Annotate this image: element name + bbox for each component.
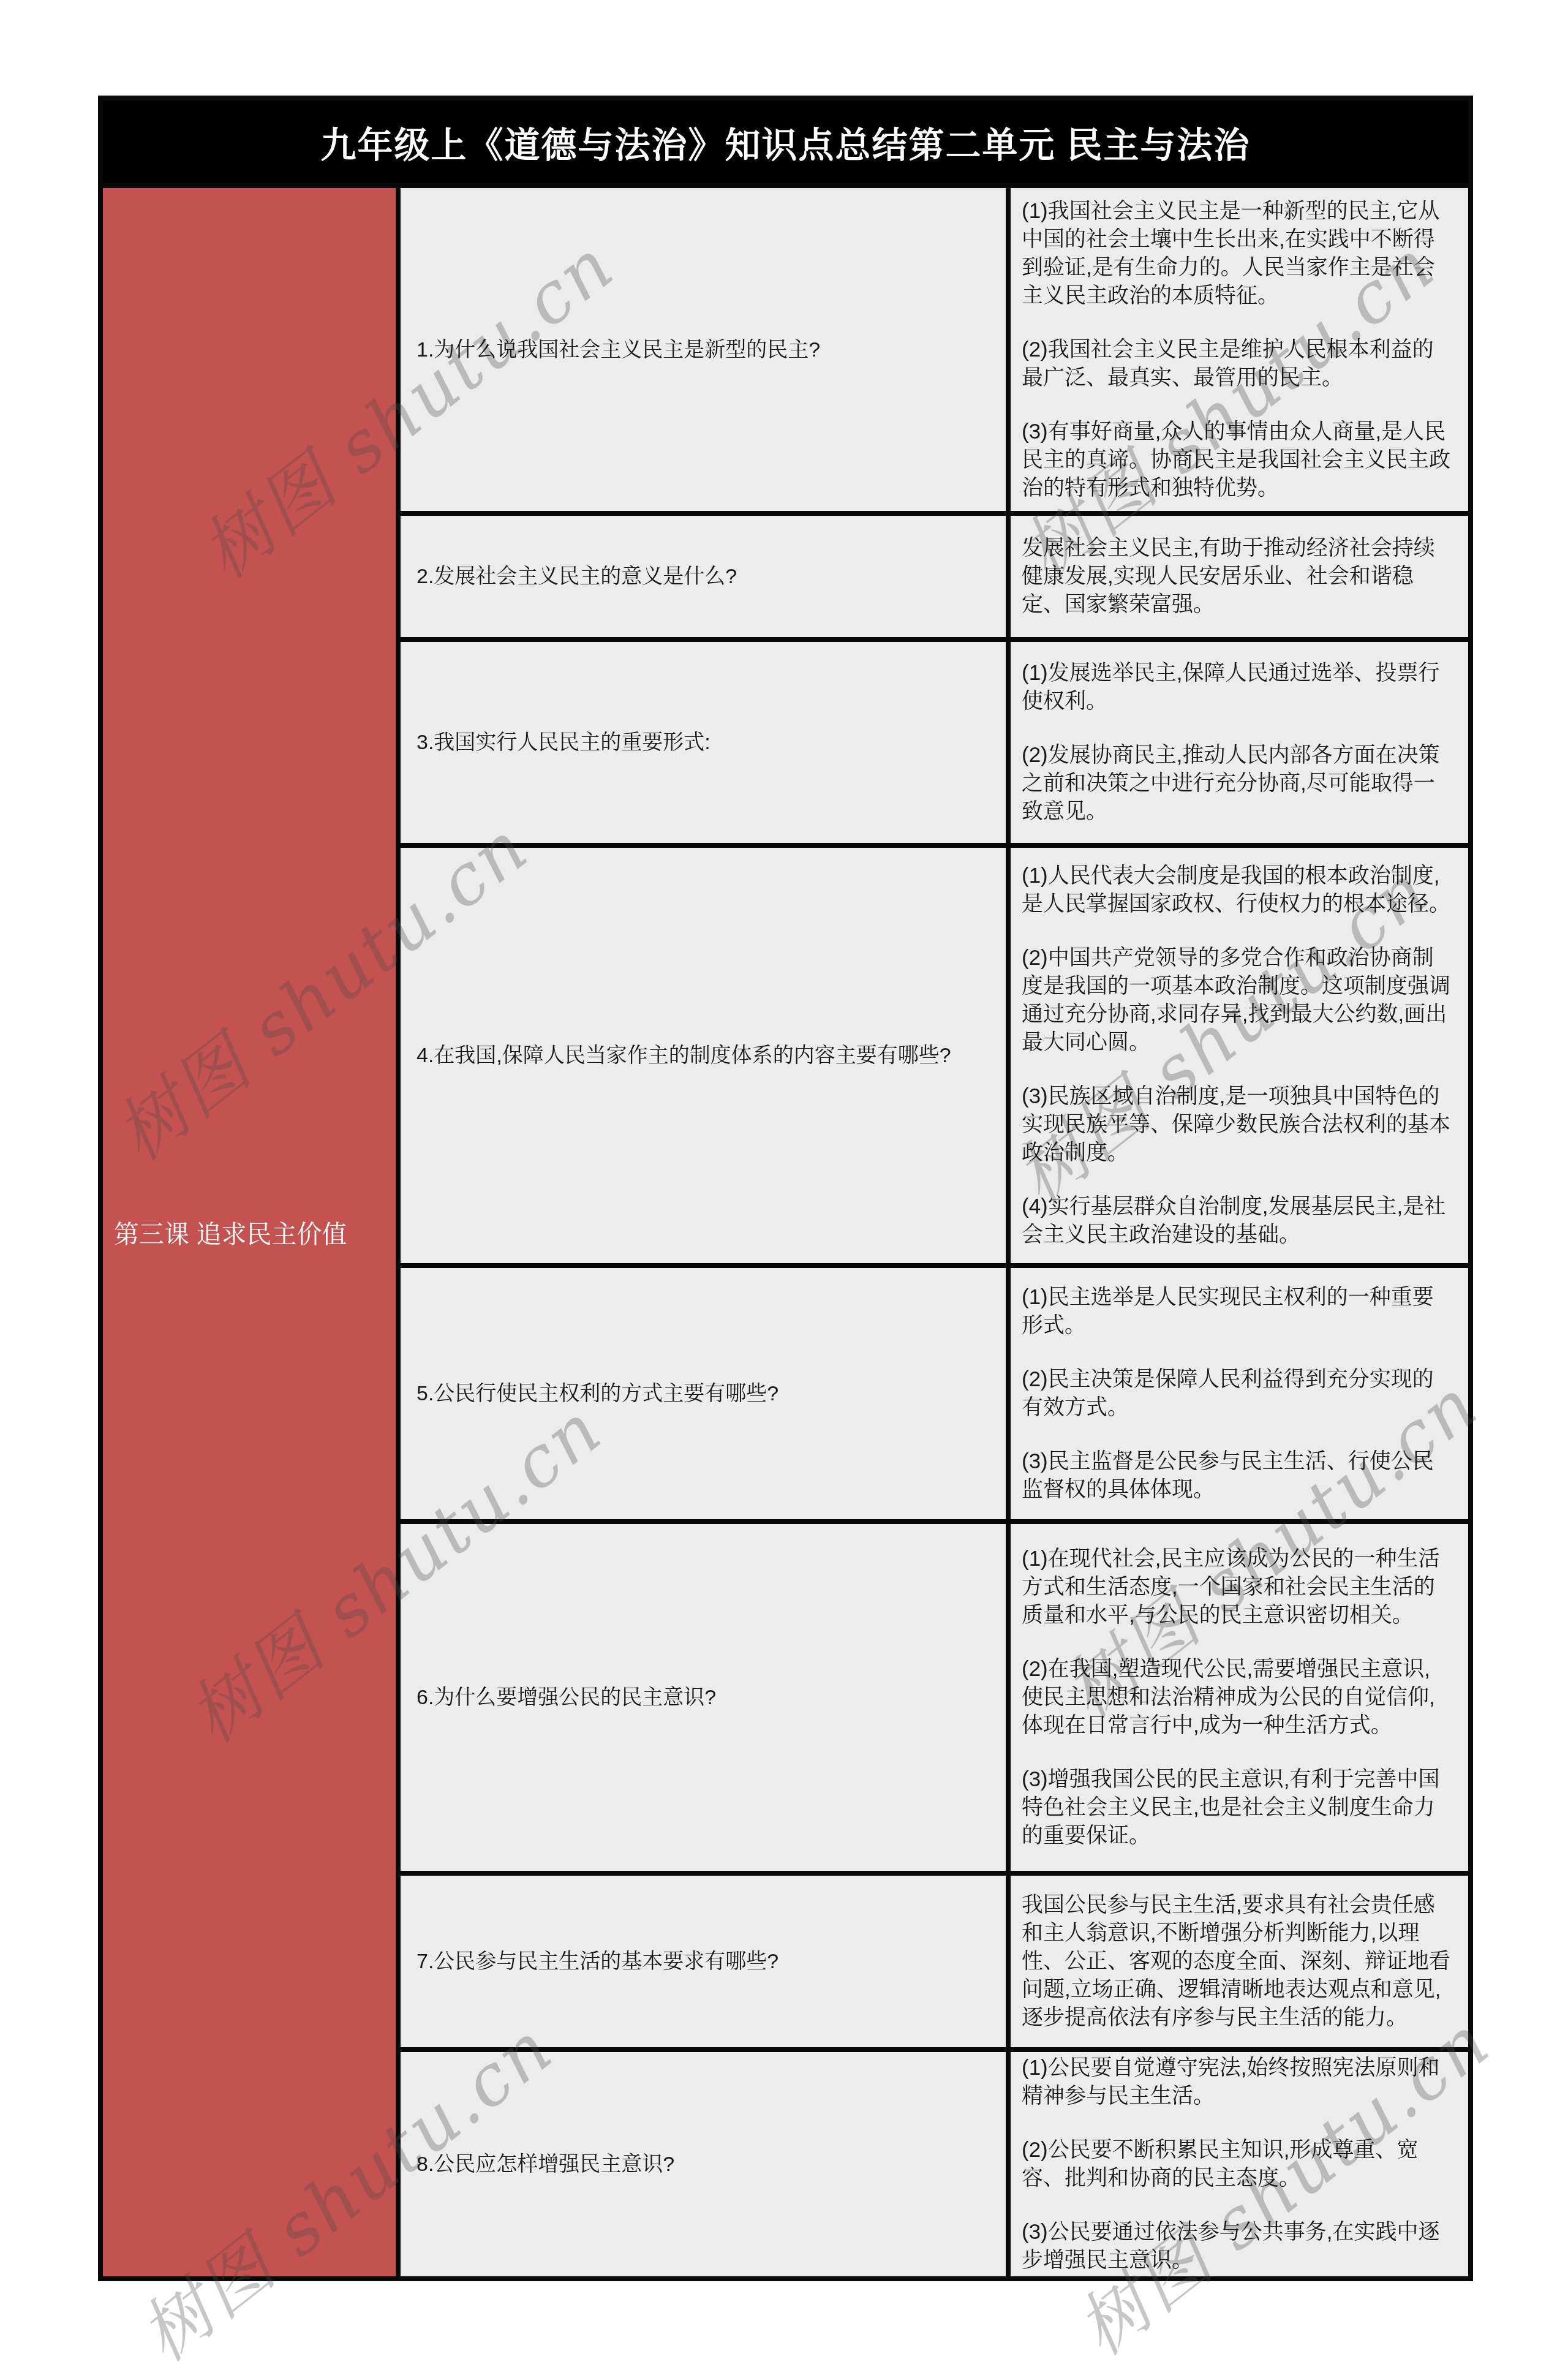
answer-paragraph: (1)在现代社会,民主应该成为公民的一种生活方式和生活态度,一个国家和社会民主生… (1022, 1545, 1451, 1629)
knowledge-table: 九年级上《道德与法治》知识点总结第二单元 民主与法治 第三课 追求民主价值 1.… (98, 96, 1473, 2281)
answer-paragraph: (1)民主选举是人民实现民主权利的一种重要形式。 (1022, 1283, 1451, 1340)
question-cell-7: 7.公民参与民主生活的基本要求有哪些? (401, 1876, 1006, 2047)
lesson-cell: 第三课 追求民主价值 (103, 188, 396, 2276)
answer-paragraph: 我国公民参与民主生活,要求具有社会贵任感和主人翁意识,不断增强分析判断能力,以理… (1022, 1891, 1451, 2032)
question-text: 6.为什么要增强公民的民主意识? (417, 1683, 716, 1712)
answer-paragraph: (1)我国社会主义民主是一种新型的民主,它从中国的社会土壤中生长出来,在实践中不… (1022, 197, 1451, 310)
answer-cell-4: (1)人民代表大会制度是我国的根本政治制度,是人民掌握国家政权、行使权力的根本途… (1011, 848, 1468, 1263)
title-bar: 九年级上《道德与法治》知识点总结第二单元 民主与法治 (103, 100, 1468, 183)
answer-paragraph: (1)人民代表大会制度是我国的根本政治制度,是人民掌握国家政权、行使权力的根本途… (1022, 862, 1451, 918)
question-cell-8: 8.公民应怎样增强民主意识? (401, 2052, 1006, 2276)
answer-cell-7: 我国公民参与民主生活,要求具有社会贵任感和主人翁意识,不断增强分析判断能力,以理… (1011, 1876, 1468, 2047)
answer-paragraph: (2)民主决策是保障人民利益得到充分实现的有效方式。 (1022, 1365, 1451, 1422)
question-text: 5.公民行使民主权利的方式主要有哪些? (417, 1380, 778, 1408)
question-text: 1.为什么说我国社会主义民主是新型的民主? (417, 336, 820, 364)
question-text: 2.发展社会主义民主的意义是什么? (417, 562, 737, 591)
question-cell-4: 4.在我国,保障人民当家作主的制度体系的内容主要有哪些? (401, 848, 1006, 1263)
answer-paragraph: (2)公民要不断积累民主知识,形成尊重、宽容、批判和协商的民主态度。 (1022, 2136, 1451, 2192)
answer-paragraph: (2)在我国,塑造现代公民,需要增强民主意识,使民主思想和法治精神成为公民的自觉… (1022, 1655, 1451, 1740)
answer-paragraph: (4)实行基层群众自治制度,发展基层民主,是社会主义民主政治建设的基础。 (1022, 1193, 1451, 1249)
answer-cell-6: (1)在现代社会,民主应该成为公民的一种生活方式和生活态度,一个国家和社会民主生… (1011, 1524, 1468, 1871)
page-title: 九年级上《道德与法治》知识点总结第二单元 民主与法治 (320, 116, 1250, 168)
answer-paragraph: (1)公民要自觉遵守宪法,始终按照宪法原则和精神参与民主生活。 (1022, 2054, 1451, 2110)
answer-paragraph: (3)公民要通过依法参与公共事务,在实践中逐步增强民主意识。 (1022, 2218, 1451, 2274)
answer-cell-5: (1)民主选举是人民实现民主权利的一种重要形式。(2)民主决策是保障人民利益得到… (1011, 1268, 1468, 1519)
answer-cell-3: (1)发展选举民主,保障人民通过选举、投票行使权利。(2)发展协商民主,推动人民… (1011, 642, 1468, 843)
question-cell-2: 2.发展社会主义民主的意义是什么? (401, 516, 1006, 637)
answer-paragraph: (3)民主监督是公民参与民主生活、行使公民监督权的具体体现。 (1022, 1448, 1451, 1504)
question-text: 7.公民参与民主生活的基本要求有哪些? (417, 1947, 778, 1976)
page: 九年级上《道德与法治》知识点总结第二单元 民主与法治 第三课 追求民主价值 1.… (0, 0, 1568, 2378)
answer-paragraph: (3)有事好商量,众人的事情由众人商量,是人民民主的真谛。协商民主是我国社会主义… (1022, 418, 1451, 502)
answer-paragraph: (3)民族区域自治制度,是一项独具中国特色的实现民族平等、保障少数民族合法权利的… (1022, 1082, 1451, 1167)
answer-paragraph: 发展社会主义民主,有助于推动经济社会持续健康发展,实现人民安居乐业、社会和谐稳定… (1022, 534, 1451, 619)
question-cell-3: 3.我国实行人民民主的重要形式: (401, 642, 1006, 843)
answer-cell-8: (1)公民要自觉遵守宪法,始终按照宪法原则和精神参与民主生活。(2)公民要不断积… (1011, 2052, 1468, 2276)
question-cell-5: 5.公民行使民主权利的方式主要有哪些? (401, 1268, 1006, 1519)
question-cell-6: 6.为什么要增强公民的民主意识? (401, 1524, 1006, 1871)
answer-paragraph: (2)我国社会主义民主是维护人民根本利益的最广泛、最真实、最管用的民主。 (1022, 336, 1451, 392)
answer-cell-2: 发展社会主义民主,有助于推动经济社会持续健康发展,实现人民安居乐业、社会和谐稳定… (1011, 516, 1468, 637)
question-text: 4.在我国,保障人民当家作主的制度体系的内容主要有哪些? (417, 1041, 951, 1070)
answer-paragraph: (3)增强我国公民的民主意识,有利于完善中国特色社会主义民主,也是社会主义制度生… (1022, 1765, 1451, 1850)
question-cell-1: 1.为什么说我国社会主义民主是新型的民主? (401, 188, 1006, 511)
answer-paragraph: (1)发展选举民主,保障人民通过选举、投票行使权利。 (1022, 659, 1451, 715)
question-text: 8.公民应怎样增强民主意识? (417, 2150, 674, 2178)
answer-paragraph: (2)中国共产党领导的多党合作和政治协商制度是我国的一项基本政治制度。这项制度强… (1022, 944, 1451, 1057)
question-text: 3.我国实行人民民主的重要形式: (417, 728, 710, 757)
lesson-label: 第三课 追求民主价值 (103, 1214, 347, 1250)
answer-paragraph: (2)发展协商民主,推动人民内部各方面在决策之前和决策之中进行充分协商,尽可能取… (1022, 741, 1451, 826)
answer-cell-1: (1)我国社会主义民主是一种新型的民主,它从中国的社会土壤中生长出来,在实践中不… (1011, 188, 1468, 511)
